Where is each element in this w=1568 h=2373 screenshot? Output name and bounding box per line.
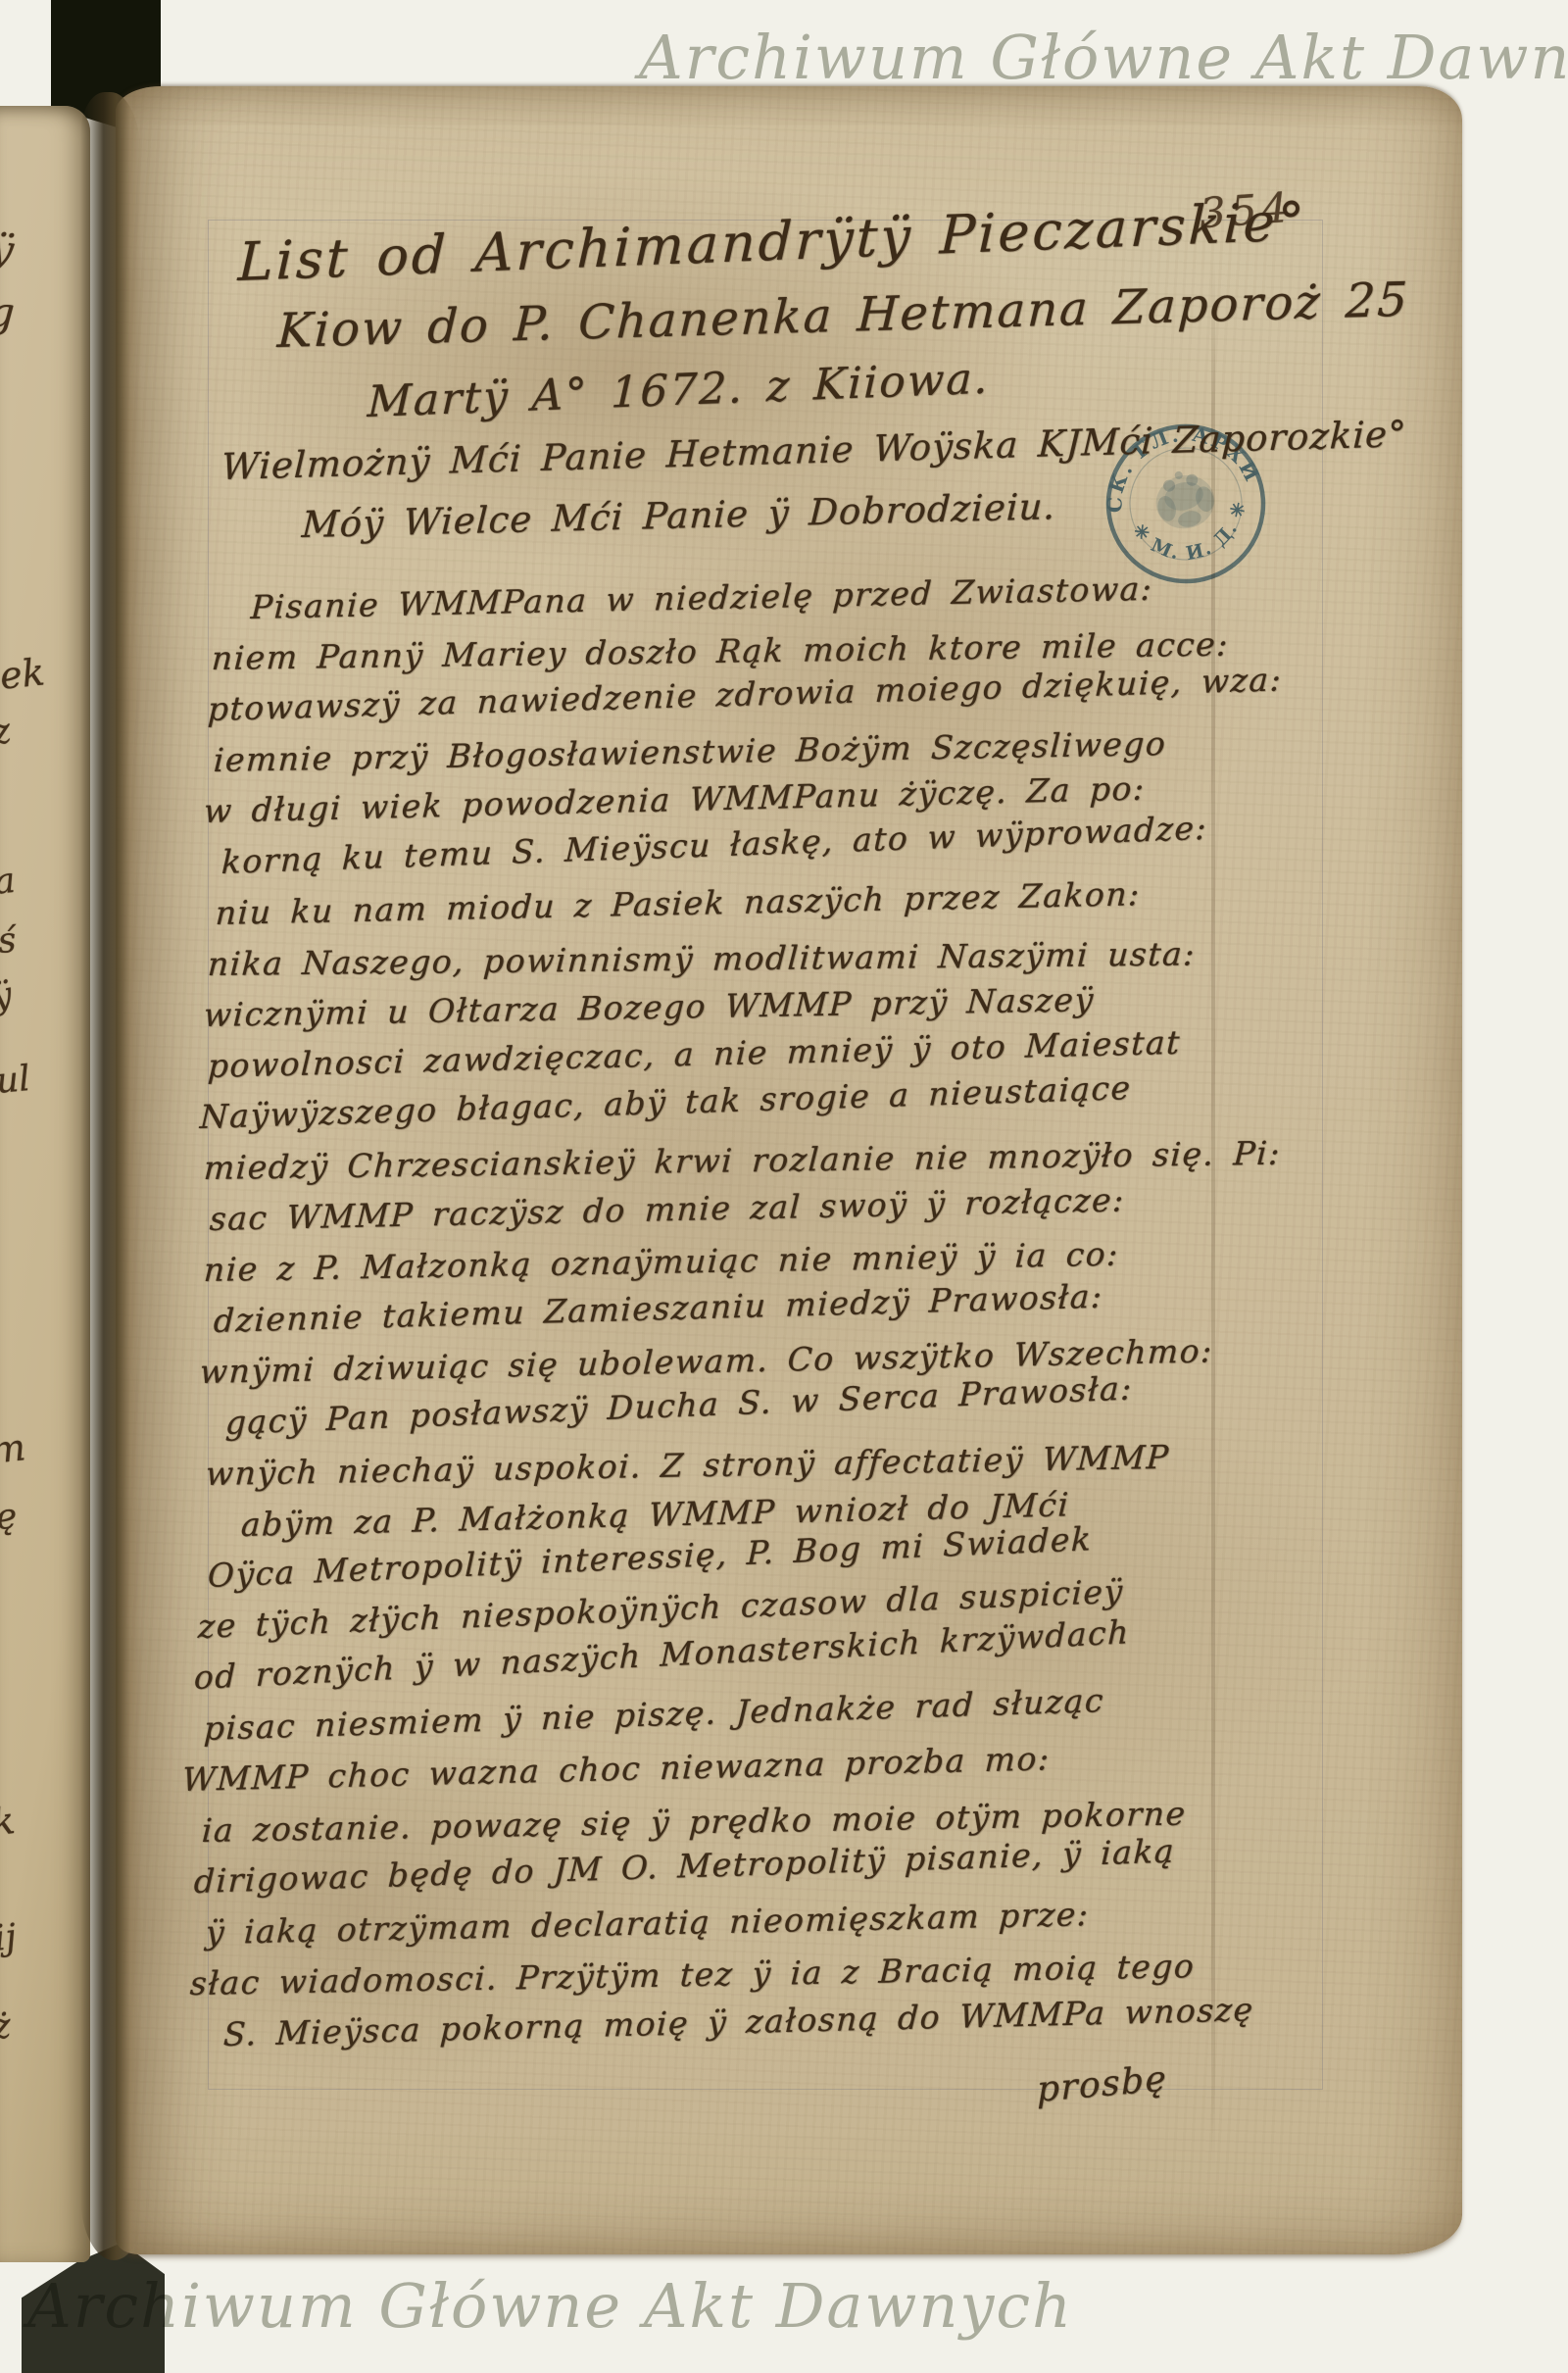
manuscript-line: miedzÿ Chrzescianskieÿ krwi rozlanie nie… — [203, 1134, 1282, 1187]
manuscript-line: prosbę — [1037, 2058, 1168, 2110]
manuscript-line: pisac niesmiem ÿ nie piszę. Jednakże rad… — [203, 1681, 1104, 1748]
manuscript-line: słac wiadomosci. Przÿtÿm tez ÿ ia z Brac… — [189, 1947, 1196, 2002]
manuscript-line: Martÿ A° 1672. z Kiiowa. — [367, 354, 990, 427]
manuscript-line: List od Archimandrÿtÿ Pieczarskie° — [237, 190, 1308, 293]
manuscript-lines: List od Archimandrÿtÿ Pieczarskie°Kiow d… — [0, 0, 1568, 2373]
manuscript-line: Pisanie WMMPana w niedzielę przed Zwiast… — [250, 569, 1153, 626]
manuscript-line: wicznÿmi u Ołtarza Bozego WMMP przÿ Nasz… — [203, 980, 1096, 1034]
manuscript-line: wnÿch niechaÿ uspokoi. Z stronÿ affectat… — [205, 1438, 1171, 1493]
manuscript-line: nika Naszego, powinnismÿ modlitwami Nasz… — [207, 934, 1197, 983]
manuscript-line: sac WMMP raczÿsz do mnie zal swoÿ ÿ rozł… — [209, 1180, 1126, 1238]
manuscript-line: ÿ iaką otrzÿmam declaratią nieomięszkam … — [205, 1895, 1091, 1952]
manuscript-line: Kiow do P. Chanenka Hetmana Zaporoż 25 — [276, 272, 1410, 359]
manuscript-line: WMMP choc wazna choc niewazna prozba mo: — [181, 1739, 1051, 1799]
manuscript-line: niu ku nam miodu z Pasiek naszÿch przez … — [215, 874, 1142, 932]
manuscript-line: Móÿ Wielce Mći Panie ÿ Dobrodzieiu. — [301, 485, 1056, 546]
manuscript-line: S. Mieÿsca pokorną moię ÿ załosną do WMM… — [222, 1990, 1254, 2053]
archive-scan-photo: Archiwum Główne Akt Dawnych Archiwum Głó… — [0, 0, 1568, 2373]
